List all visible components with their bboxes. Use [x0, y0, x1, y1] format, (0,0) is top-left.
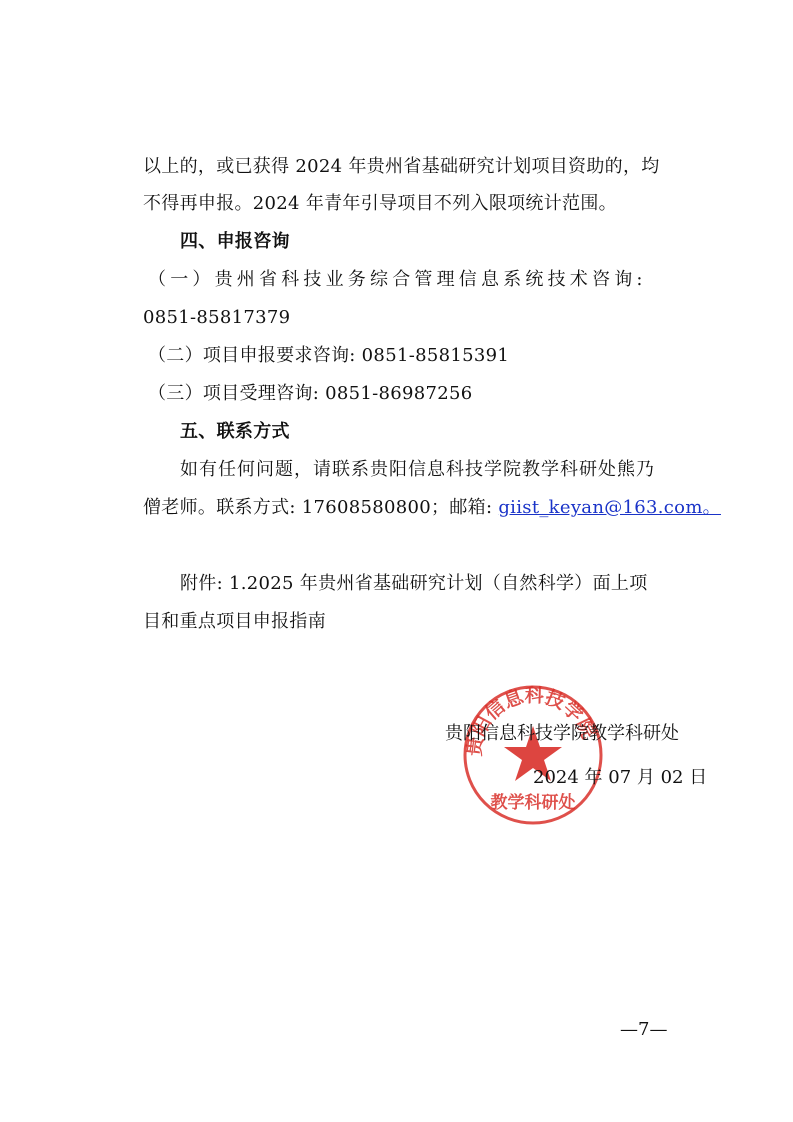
consult-item: （三）项目受理咨询: 0851-86987256: [148, 382, 473, 406]
consult-item: （一）贵州省科技业务综合管理信息系统技术咨询:: [148, 268, 647, 292]
section-heading: 四、申报咨询: [180, 230, 290, 254]
svg-text:教学科研处: 教学科研处: [491, 792, 576, 813]
contact-line: 僧老师。联系方式: 17608580800；邮箱: giist_keyan@16…: [143, 496, 721, 520]
email-link[interactable]: giist_keyan@163.com。: [498, 497, 721, 518]
contact-text: 僧老师。联系方式: 17608580800；邮箱:: [143, 497, 498, 518]
attachment-line: 目和重点项目申报指南: [143, 610, 326, 634]
signature-date: 2024 年 07 月 02 日: [533, 766, 707, 790]
official-seal-icon: 贵阳信息科技学院 教学科研处: [462, 684, 604, 826]
page-number: —7—: [620, 1018, 667, 1042]
phone-number: 0851-85817379: [143, 306, 290, 330]
paragraph-line: 如有任何问题，请联系贵阳信息科技学院教学科研处熊乃: [180, 458, 655, 482]
attachment-line: 附件: 1.2025 年贵州省基础研究计划（自然科学）面上项: [180, 572, 648, 596]
paragraph-line: 以上的，或已获得 2024 年贵州省基础研究计划项目资助的，均: [143, 155, 660, 179]
paragraph-line: 不得再申报。2024 年青年引导项目不列入限项统计范围。: [143, 192, 617, 216]
signature-org: 贵阳信息科技学院教学科研处: [445, 722, 679, 746]
section-heading: 五、联系方式: [180, 420, 290, 444]
consult-item: （二）项目申报要求咨询: 0851-85815391: [148, 344, 509, 368]
